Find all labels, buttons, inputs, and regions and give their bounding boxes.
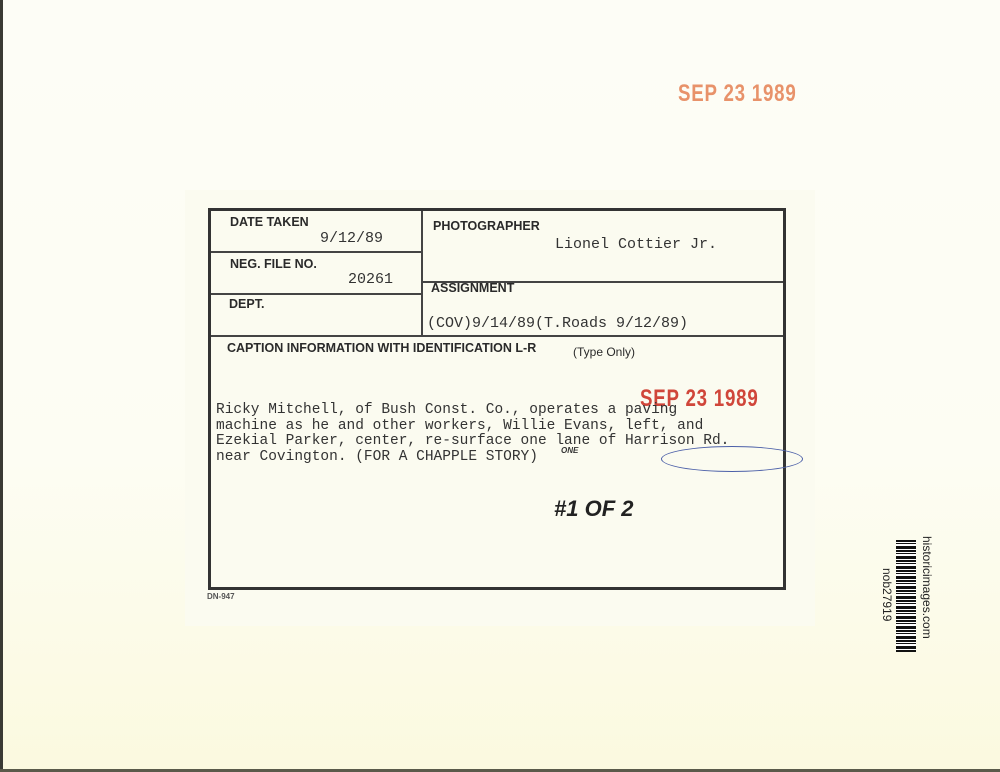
- date-taken-label: DATE TAKEN: [230, 215, 309, 229]
- circled-annotation: [661, 446, 803, 472]
- photographer-label: PHOTOGRAPHER: [433, 219, 540, 233]
- divider-neg: [211, 293, 421, 295]
- form-code: DN-947: [207, 592, 235, 601]
- divider-caption: [211, 335, 783, 337]
- watermark-id: nob27919: [880, 568, 894, 621]
- date-taken-value: 9/12/89: [320, 230, 383, 247]
- photographer-value: Lionel Cottier Jr.: [555, 236, 717, 253]
- date-stamp-top: SEP 23 1989: [678, 80, 797, 108]
- divider-vertical: [421, 211, 423, 335]
- photo-edge-left: [0, 0, 3, 772]
- neg-file-label: NEG. FILE NO.: [230, 257, 317, 271]
- watermark-site: historicimages.com: [920, 536, 934, 639]
- handwritten-note: #1 OF 2: [554, 496, 633, 522]
- caption-text: Ricky Mitchell, of Bush Const. Co., oper…: [216, 403, 729, 465]
- assignment-value: (COV)9/14/89(T.Roads 9/12/89): [427, 315, 688, 332]
- caption-label: CAPTION INFORMATION WITH IDENTIFICATION …: [227, 341, 536, 355]
- neg-file-value: 20261: [348, 271, 393, 288]
- caption-note: (Type Only): [573, 345, 635, 359]
- dept-label: DEPT.: [229, 297, 264, 311]
- divider-date: [211, 251, 421, 253]
- assignment-label: ASSIGNMENT: [431, 281, 514, 295]
- handwritten-insert: ONE: [561, 446, 578, 455]
- barcode: [896, 540, 916, 652]
